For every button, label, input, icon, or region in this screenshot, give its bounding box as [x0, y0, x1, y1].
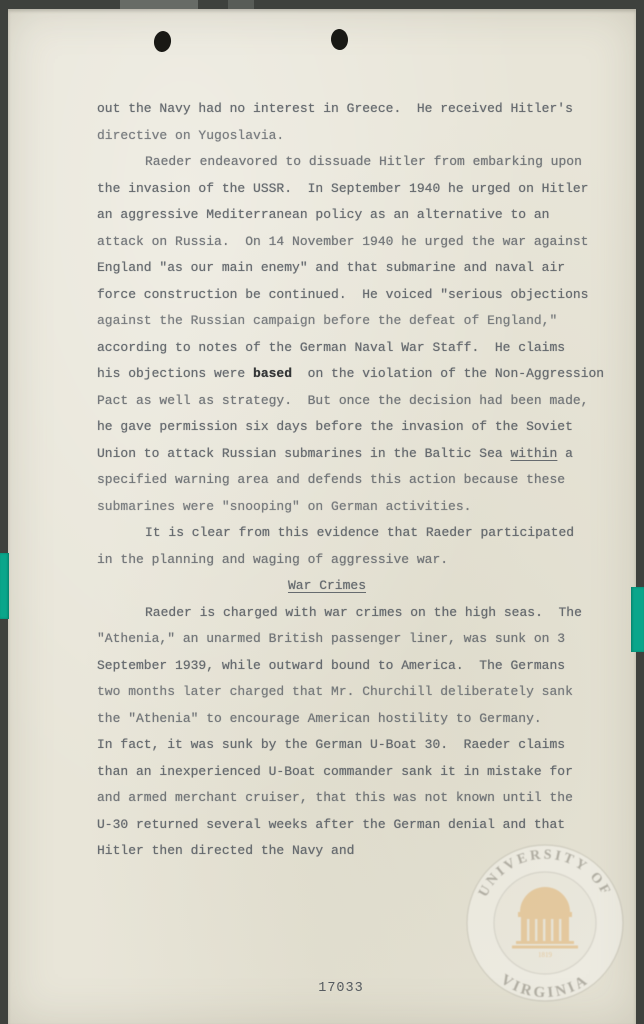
- text-segment: attack on Russia. On 14 November 1940 he…: [97, 234, 588, 249]
- text-segment: against the Russian campaign before the …: [97, 313, 557, 328]
- hole-punch: [152, 30, 172, 53]
- text-line: "Athenia," an unarmed British passenger …: [97, 626, 597, 653]
- text-segment: Raeder is charged with war crimes on the…: [145, 605, 582, 620]
- text-segment: two months later charged that Mr. Church…: [97, 684, 573, 699]
- text-line: In fact, it was sunk by the German U-Boa…: [97, 732, 597, 759]
- text-line: his objections were based on the violati…: [97, 361, 597, 388]
- text-line: and armed merchant cruiser, that this wa…: [97, 785, 597, 812]
- text-segment: September 1939, while outward bound to A…: [97, 658, 565, 673]
- text-segment: out the Navy had no interest in Greece. …: [97, 101, 573, 116]
- text-line: attack on Russia. On 14 November 1940 he…: [97, 229, 597, 256]
- text-segment: U-30 returned several weeks after the Ge…: [97, 817, 565, 832]
- text-segment: according to notes of the German Naval W…: [97, 340, 565, 355]
- text-segment: an aggressive Mediterranean policy as an…: [97, 207, 549, 222]
- text-line: It is clear from this evidence that Raed…: [97, 520, 597, 547]
- text-segment: and armed merchant cruiser, that this wa…: [97, 790, 573, 805]
- text-segment: Pact as well as strategy. But once the d…: [97, 393, 588, 408]
- text-line: Pact as well as strategy. But once the d…: [97, 388, 597, 415]
- scanner-backing-patch: [120, 0, 198, 9]
- text-line: Raeder endeavored to dissuade Hitler fro…: [97, 149, 597, 176]
- text-segment: based: [253, 366, 292, 381]
- text-line: September 1939, while outward bound to A…: [97, 653, 597, 680]
- text-segment: force construction be continued. He voic…: [97, 287, 588, 302]
- text-line: Hitler then directed the Navy and: [97, 838, 597, 865]
- text-segment: It is clear from this evidence that Raed…: [145, 525, 574, 540]
- text-segment: Hitler then directed the Navy and: [97, 843, 354, 858]
- text-segment: he gave permission six days before the i…: [97, 419, 573, 434]
- text-segment: the invasion of the USSR. In September 1…: [97, 181, 588, 196]
- text-line: U-30 returned several weeks after the Ge…: [97, 812, 597, 839]
- text-line: out the Navy had no interest in Greece. …: [97, 96, 597, 123]
- hole-punch: [330, 28, 348, 50]
- text-segment: England "as our main enemy" and that sub…: [97, 260, 565, 275]
- text-segment: the "Athenia" to encourage American host…: [97, 711, 542, 726]
- text-segment: his objections were: [97, 366, 253, 381]
- text-line: he gave permission six days before the i…: [97, 414, 597, 441]
- text-line: War Crimes: [77, 573, 577, 600]
- text-segment: submarines were "snooping" on German act…: [97, 499, 471, 514]
- text-line: two months later charged that Mr. Church…: [97, 679, 597, 706]
- text-line: against the Russian campaign before the …: [97, 308, 597, 335]
- text-segment: Raeder endeavored to dissuade Hitler fro…: [145, 154, 582, 169]
- text-segment: War Crimes: [288, 578, 366, 593]
- page-number: 17033: [27, 981, 644, 996]
- text-segment: on the violation of the Non-Aggression: [292, 366, 604, 381]
- teal-edge-tab-left: [0, 553, 9, 619]
- text-line: the "Athenia" to encourage American host…: [97, 706, 597, 733]
- teal-edge-tab-right: [631, 587, 644, 652]
- watermark-year: 1819: [538, 951, 553, 959]
- document-page: UNIVERSITY OF VIRGINIA 1819 out the Navy…: [8, 9, 636, 1024]
- text-segment: within: [510, 446, 557, 461]
- text-line: England "as our main enemy" and that sub…: [97, 255, 597, 282]
- text-line: Raeder is charged with war crimes on the…: [97, 600, 597, 627]
- text-segment: directive on Yugoslavia.: [97, 128, 284, 143]
- text-line: specified warning area and defends this …: [97, 467, 597, 494]
- text-line: force construction be continued. He voic…: [97, 282, 597, 309]
- text-segment: a: [557, 446, 573, 461]
- text-line: directive on Yugoslavia.: [97, 123, 597, 150]
- text-line: in the planning and waging of aggressive…: [97, 547, 597, 574]
- text-line: an aggressive Mediterranean policy as an…: [97, 202, 597, 229]
- text-line: the invasion of the USSR. In September 1…: [97, 176, 597, 203]
- text-segment: Union to attack Russian submarines in th…: [97, 446, 510, 461]
- document-text: out the Navy had no interest in Greece. …: [97, 96, 597, 865]
- text-segment: In fact, it was sunk by the German U-Boa…: [97, 737, 565, 752]
- text-segment: in the planning and waging of aggressive…: [97, 552, 448, 567]
- text-line: Union to attack Russian submarines in th…: [97, 441, 597, 468]
- text-line: according to notes of the German Naval W…: [97, 335, 597, 362]
- text-line: submarines were "snooping" on German act…: [97, 494, 597, 521]
- text-segment: than an inexperienced U-Boat commander s…: [97, 764, 573, 779]
- text-segment: "Athenia," an unarmed British passenger …: [97, 631, 565, 646]
- text-line: than an inexperienced U-Boat commander s…: [97, 759, 597, 786]
- text-segment: specified warning area and defends this …: [97, 472, 565, 487]
